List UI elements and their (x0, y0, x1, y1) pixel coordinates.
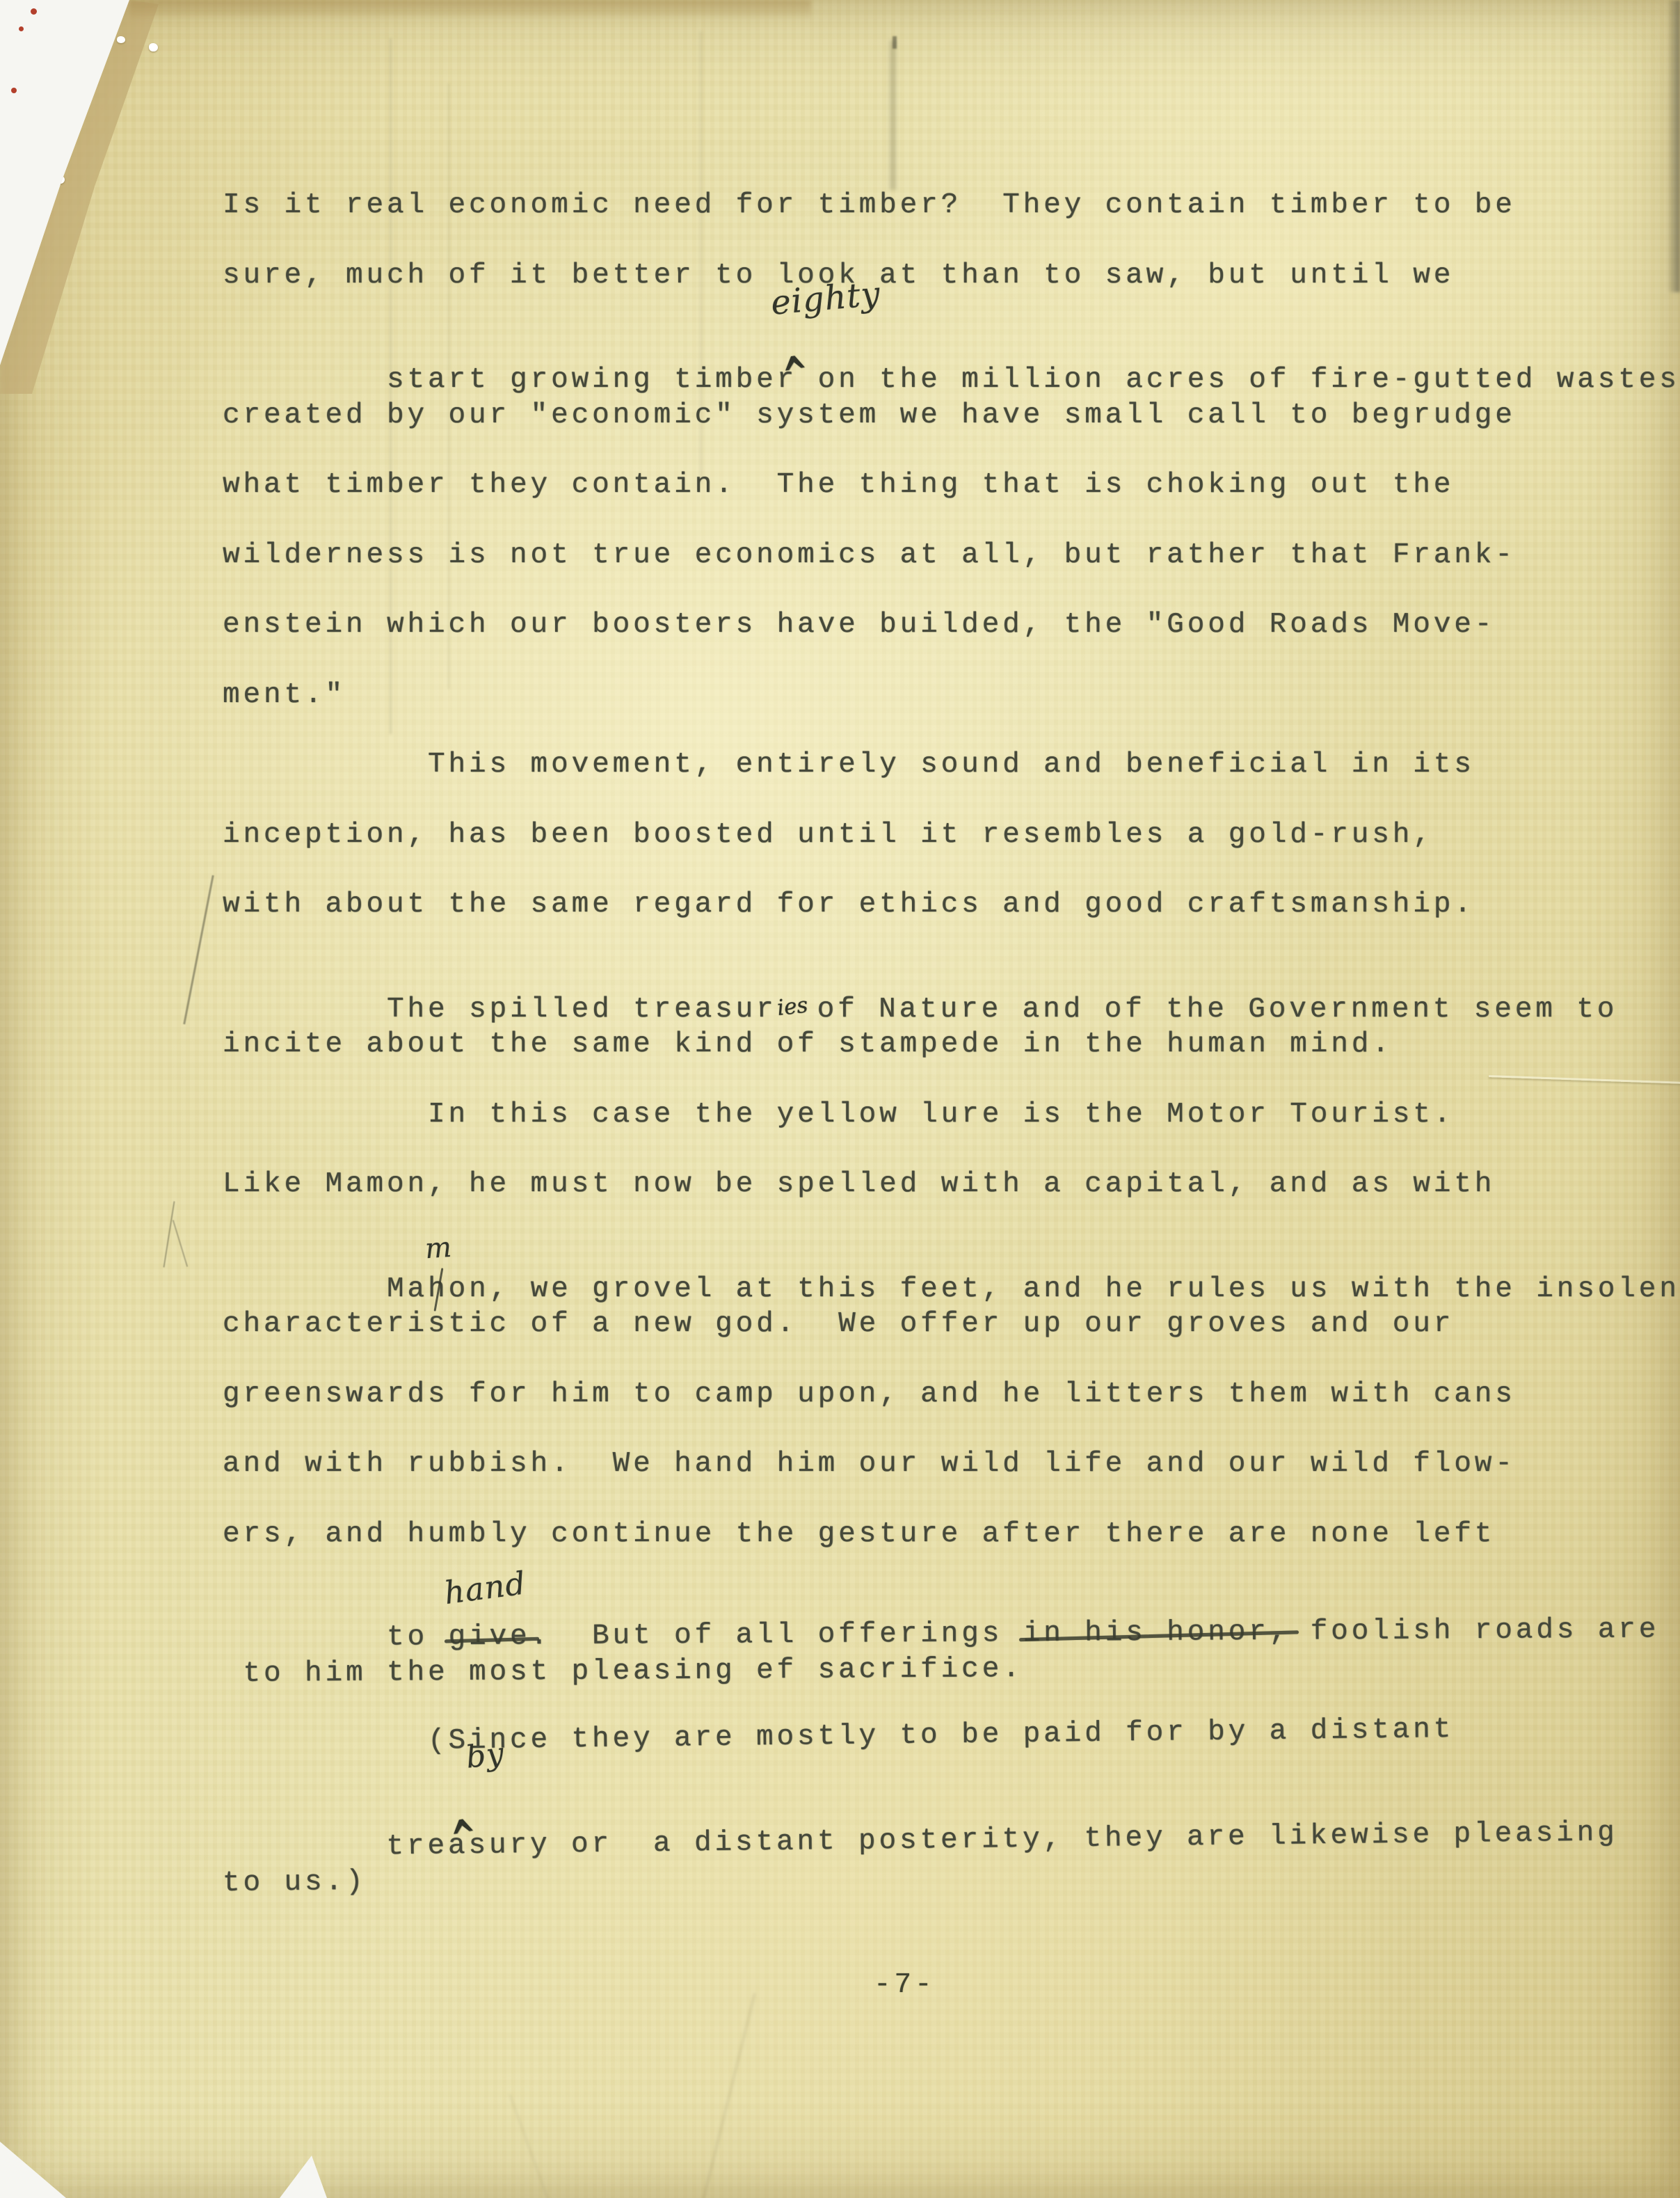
typed-text: The spilled treasur (387, 994, 777, 1026)
pencil-smudge (890, 40, 896, 190)
paper-hole (33, 90, 42, 97)
margin-pencil-mark (173, 1220, 188, 1267)
typed-line: (Since they are mostly to be paid for by… (223, 1712, 1455, 1761)
margin-pencil-mark (163, 1201, 175, 1267)
handwritten-correction-m: m (424, 1233, 454, 1263)
struck-word-give: givehand (448, 1619, 530, 1655)
typed-line: with about the same regard for ethics an… (223, 887, 1475, 922)
typed-text: on, we grovel at this feet, and he rules… (449, 1273, 1680, 1305)
typed-text: start growing timber on the million acre… (387, 364, 1680, 396)
typed-line: ers, and humbly continue the gesture aft… (223, 1517, 1495, 1552)
scan-background: Is it real economic need for timber? The… (0, 0, 1680, 2198)
pencil-smudge (893, 36, 897, 49)
page-number: -7- (874, 1969, 936, 2001)
typed-line: incite about the same kind of stampede i… (223, 1027, 1393, 1062)
typed-line: to him the most pleasing ef sacrifice. (223, 1651, 1023, 1691)
typed-line: and with rubbish. We hand him our wild l… (223, 1447, 1516, 1481)
margin-pencil-slash (183, 875, 214, 1025)
handwritten-insertion-ies: ies (775, 987, 819, 1026)
typed-line: wilderness is not true economics at all,… (223, 538, 1516, 573)
typed-text: . But of all offerings (530, 1618, 1023, 1653)
paper-hole (149, 43, 158, 51)
typed-line: This movement, entirely sound and benefi… (223, 747, 1475, 782)
red-speck (11, 88, 17, 93)
handwritten-correction-hand: hand (442, 1567, 527, 1609)
typed-line: ment." (223, 678, 346, 712)
struck-phrase-in-his-honor: in his honor, (1023, 1615, 1290, 1651)
typed-line: Is it real economic need for timber? The… (223, 188, 1516, 223)
typed-line: greenswards for him to camp upon, and he… (223, 1377, 1516, 1412)
overtyped-letter-h: hm (428, 1272, 449, 1307)
paper-hole (64, 81, 72, 88)
typed-text: foolish roads are (1290, 1614, 1659, 1648)
typewritten-page: Is it real economic need for timber? The… (0, 0, 1680, 2198)
typed-line: inception, has been boosted until it res… (223, 818, 1434, 852)
paper-crease (1489, 1075, 1680, 1084)
paper-crease (702, 1993, 756, 2198)
typed-text: of Nature and of the Government seem to (817, 994, 1618, 1026)
typed-text: give (448, 1620, 530, 1653)
typed-text: Ma (387, 1273, 428, 1305)
red-speck (31, 8, 37, 15)
typed-line: Like Mamon, he must now be spelled with … (223, 1167, 1495, 1202)
right-edge-shadow (1667, 0, 1680, 292)
typed-line: created by our "economic" system we have… (223, 398, 1516, 433)
paper-crease (509, 2094, 550, 2198)
paper-hole (58, 50, 67, 58)
typed-line: to us.) (223, 1865, 367, 1901)
typed-line: what timber they contain. The thing that… (223, 468, 1454, 502)
handwritten-insertion-by: by (465, 1738, 506, 1773)
handwritten-insertion-eighty: eighty (769, 277, 881, 320)
typed-line: enstein which our boosters have builded,… (223, 607, 1495, 642)
top-edge-shading (129, 0, 811, 21)
red-speck (19, 26, 24, 31)
typed-line: In this case the yellow lure is the Moto… (223, 1097, 1454, 1132)
typed-text: treasury or a distant posterity, they ar… (386, 1817, 1618, 1863)
torn-edge-shading (0, 0, 209, 431)
typed-line: characteristic of a new god. We offer up… (223, 1307, 1454, 1341)
typed-line: treasury or a distant posterity, they ar… (222, 1781, 1619, 1970)
typed-text: to (387, 1621, 449, 1654)
typed-text: h (428, 1273, 449, 1305)
